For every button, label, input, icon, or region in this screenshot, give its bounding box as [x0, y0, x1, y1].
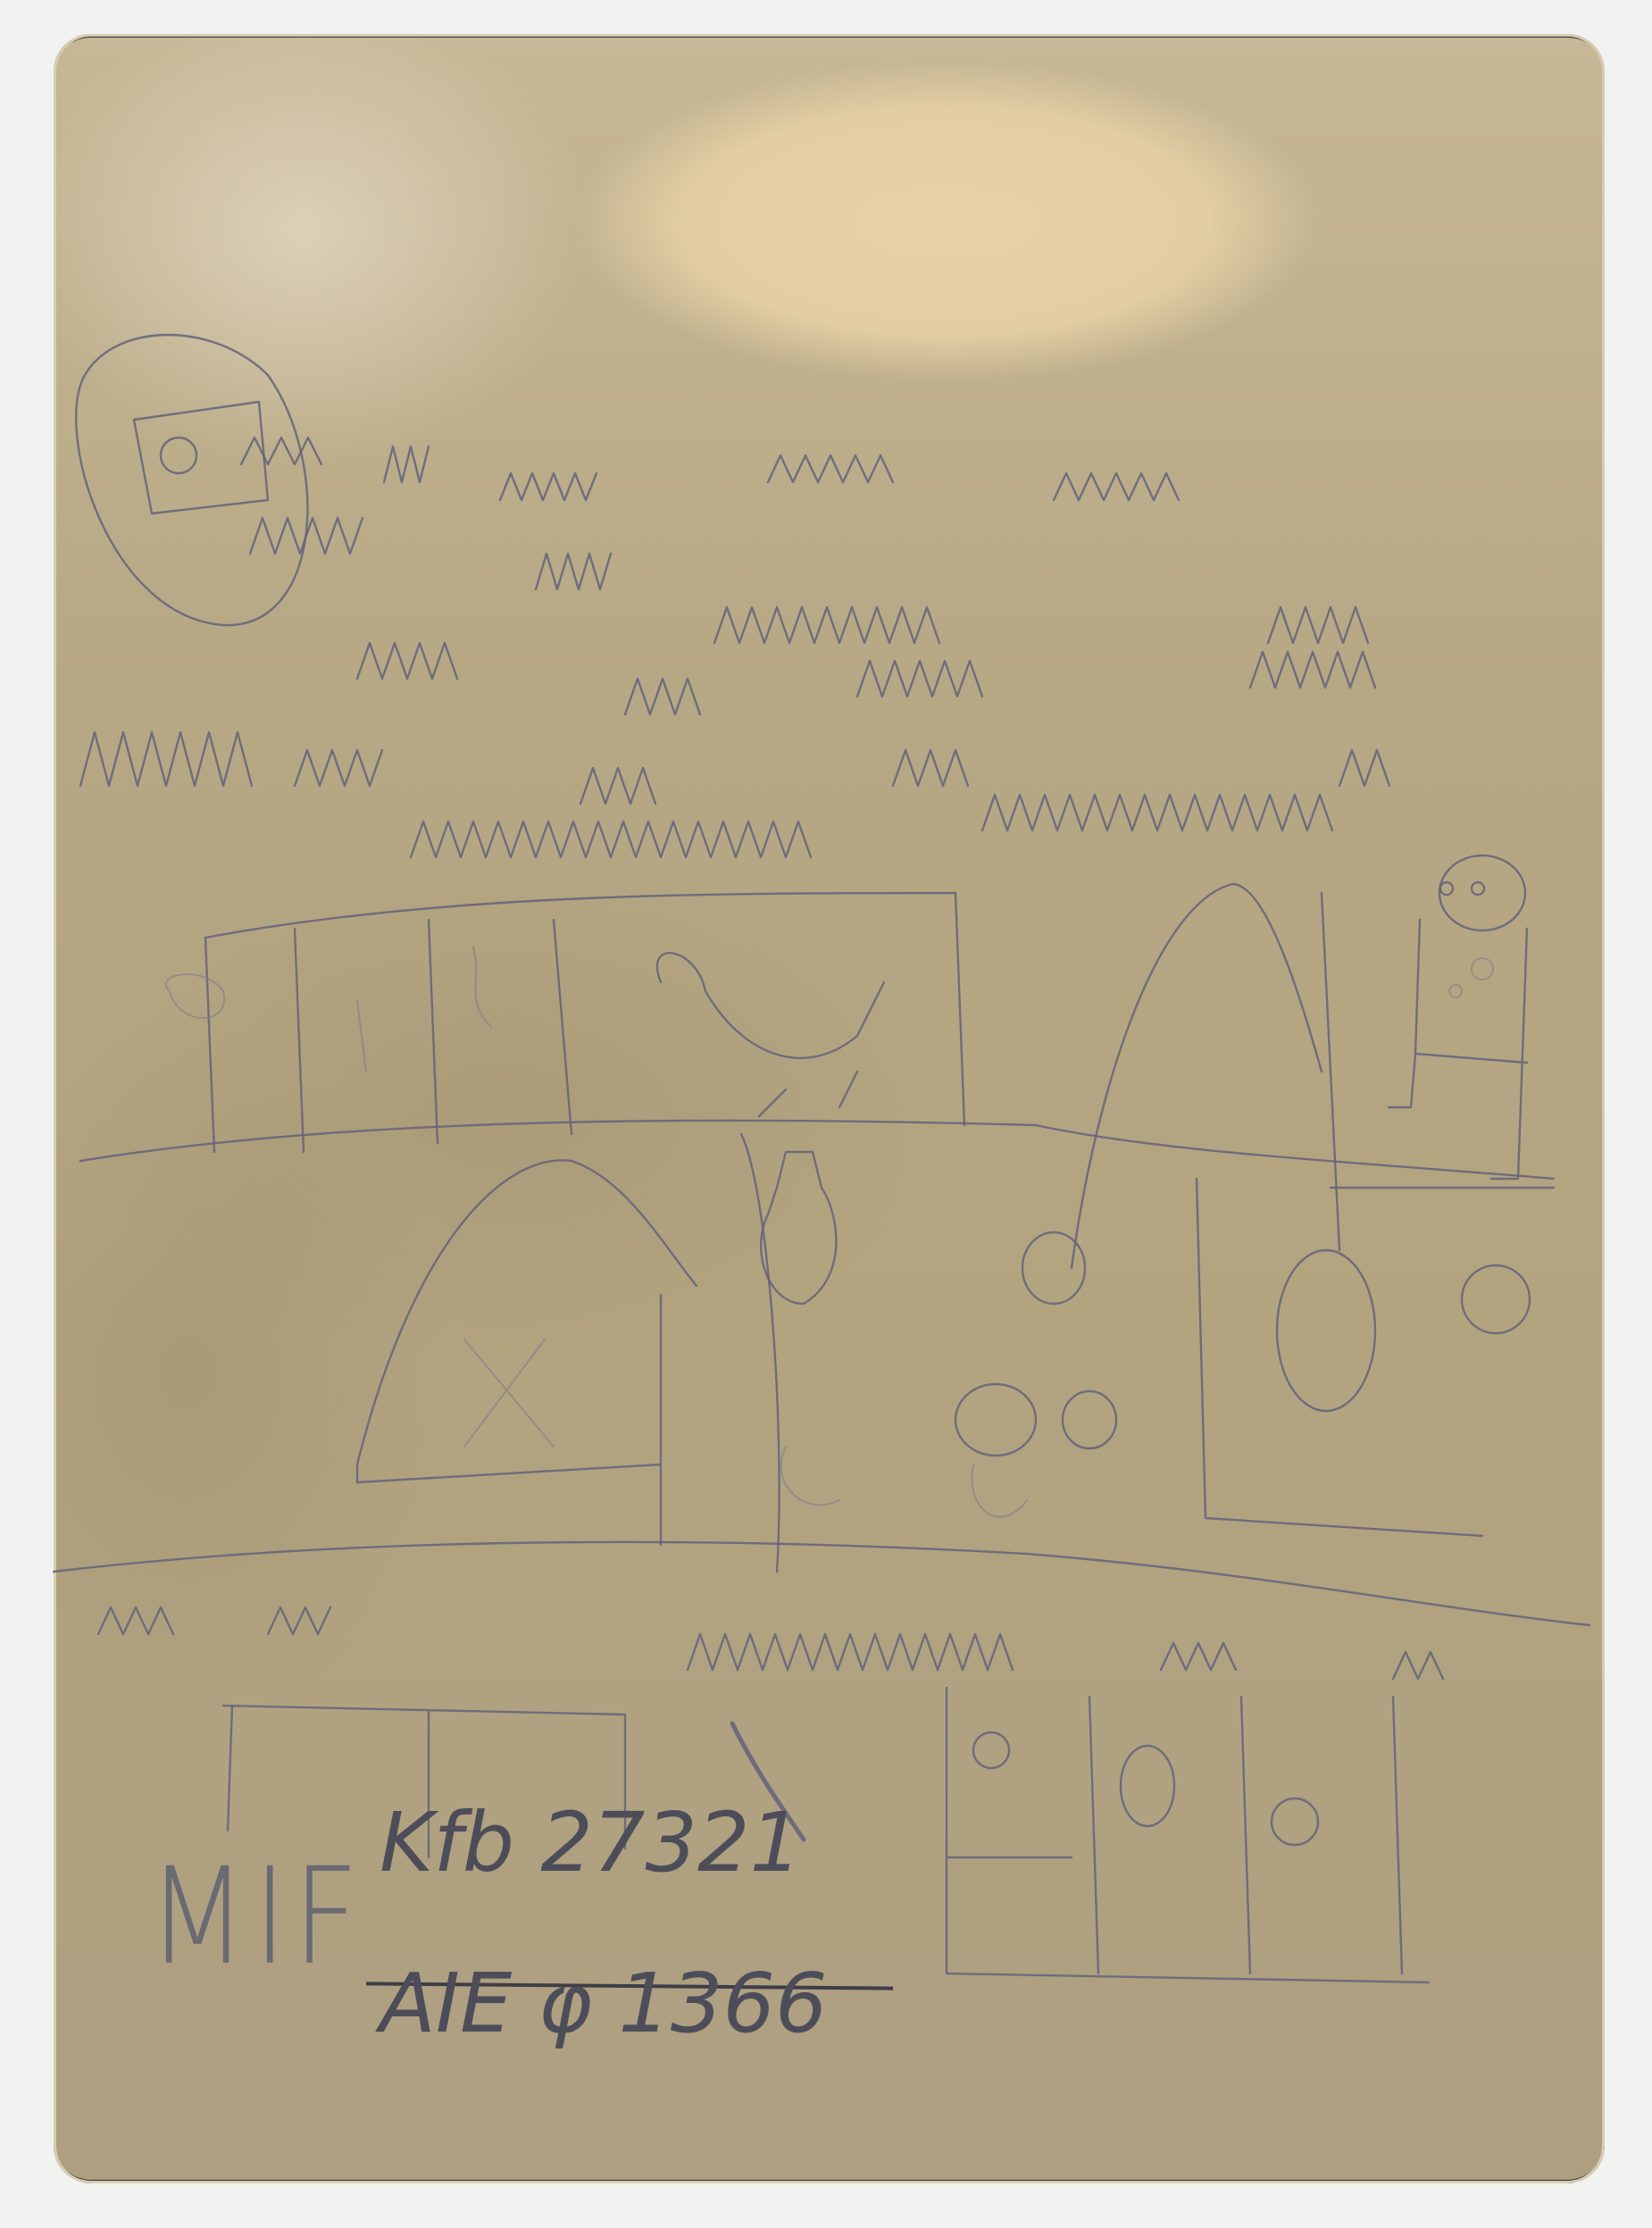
circle-face-drawing: [76, 335, 307, 625]
inventory-number-inscription: Kfb 27321: [380, 1795, 802, 1890]
initials-inscription: MIF: [147, 1839, 364, 1995]
dotted-figure-drawing: [1389, 855, 1527, 1179]
reference-inscription: AIE φ 1366: [380, 1956, 828, 2051]
